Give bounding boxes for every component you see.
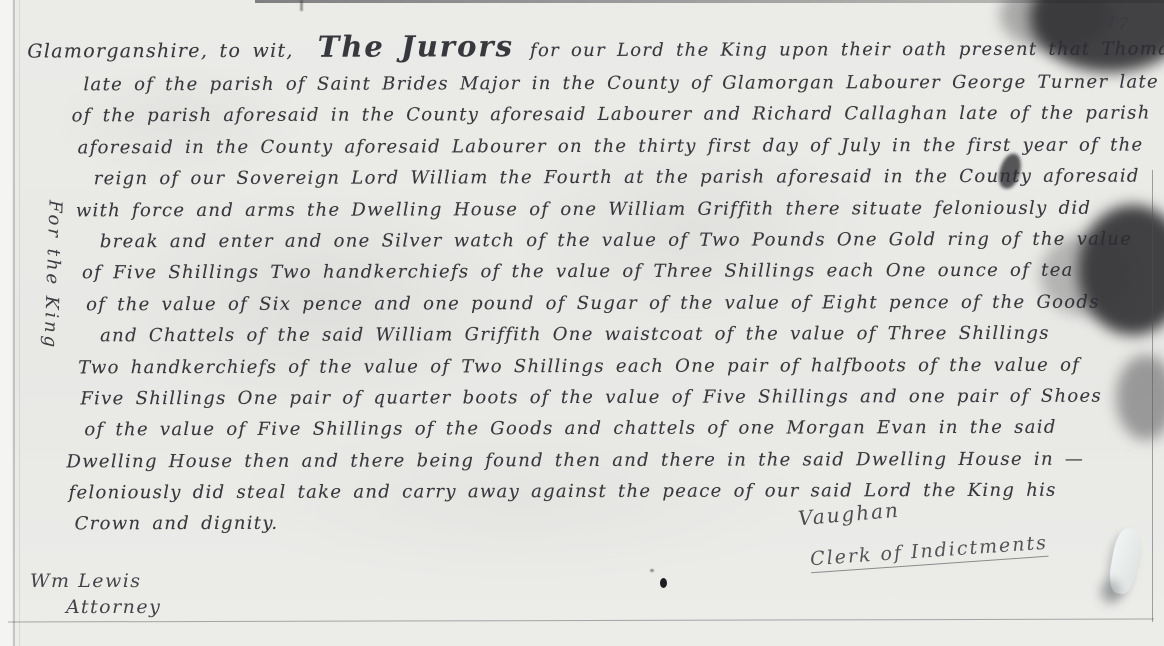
- attorney-block: Wm Lewis Attorney: [30, 570, 161, 618]
- attorney-name: Wm Lewis: [30, 570, 161, 592]
- ink-blot: [660, 578, 667, 588]
- manuscript-line: of the value of Six pence and one pound …: [86, 286, 1164, 320]
- paper-fold-shadow: [1100, 580, 1120, 604]
- manuscript-line: of Five Shillings Two handkerchiefs of t…: [82, 255, 1164, 289]
- document-page: 17 For the King Glamorganshire, to wit,T…: [0, 0, 1164, 646]
- manuscript-line: feloniously did steal take and carry awa…: [69, 475, 1164, 509]
- county-heading: Glamorganshire, to wit,: [27, 40, 293, 63]
- manuscript-line: break and enter and one Silver watch of …: [100, 223, 1164, 257]
- manuscript-line: of the parish aforesaid in the County af…: [72, 98, 1164, 132]
- manuscript-line: and Chattels of the said William Griffit…: [100, 318, 1164, 352]
- manuscript-line: aforesaid in the County aforesaid Labour…: [78, 129, 1164, 163]
- ink-speck: [650, 569, 654, 572]
- manuscript-line: Five Shillings One pair of quarter boots…: [80, 380, 1164, 414]
- manuscript-line: Two handkerchiefs of the value of Two Sh…: [78, 349, 1164, 383]
- manuscript-line: late of the parish of Saint Brides Major…: [83, 66, 1163, 100]
- manuscript-line: reign of our Sovereign Lord William the …: [94, 161, 1164, 195]
- manuscript-line: with force and arms the Dwelling House o…: [76, 192, 1164, 226]
- attorney-title: Attorney: [66, 596, 161, 618]
- manuscript-body: Glamorganshire, to wit,The Jurorsfor our…: [0, 22, 1164, 540]
- manuscript-line: of the value of Five Shillings of the Go…: [84, 412, 1164, 446]
- manuscript-line: Dwelling House then and there being foun…: [66, 443, 1164, 477]
- opening-rest: for our Lord the King upon their oath pr…: [530, 38, 1164, 61]
- ruled-line-bottom: [8, 618, 1154, 622]
- engrossed-phrase: The Jurors: [318, 29, 514, 64]
- ink-speck: [300, 0, 303, 11]
- manuscript-line: Glamorganshire, to wit,The Jurorsfor our…: [27, 22, 1163, 69]
